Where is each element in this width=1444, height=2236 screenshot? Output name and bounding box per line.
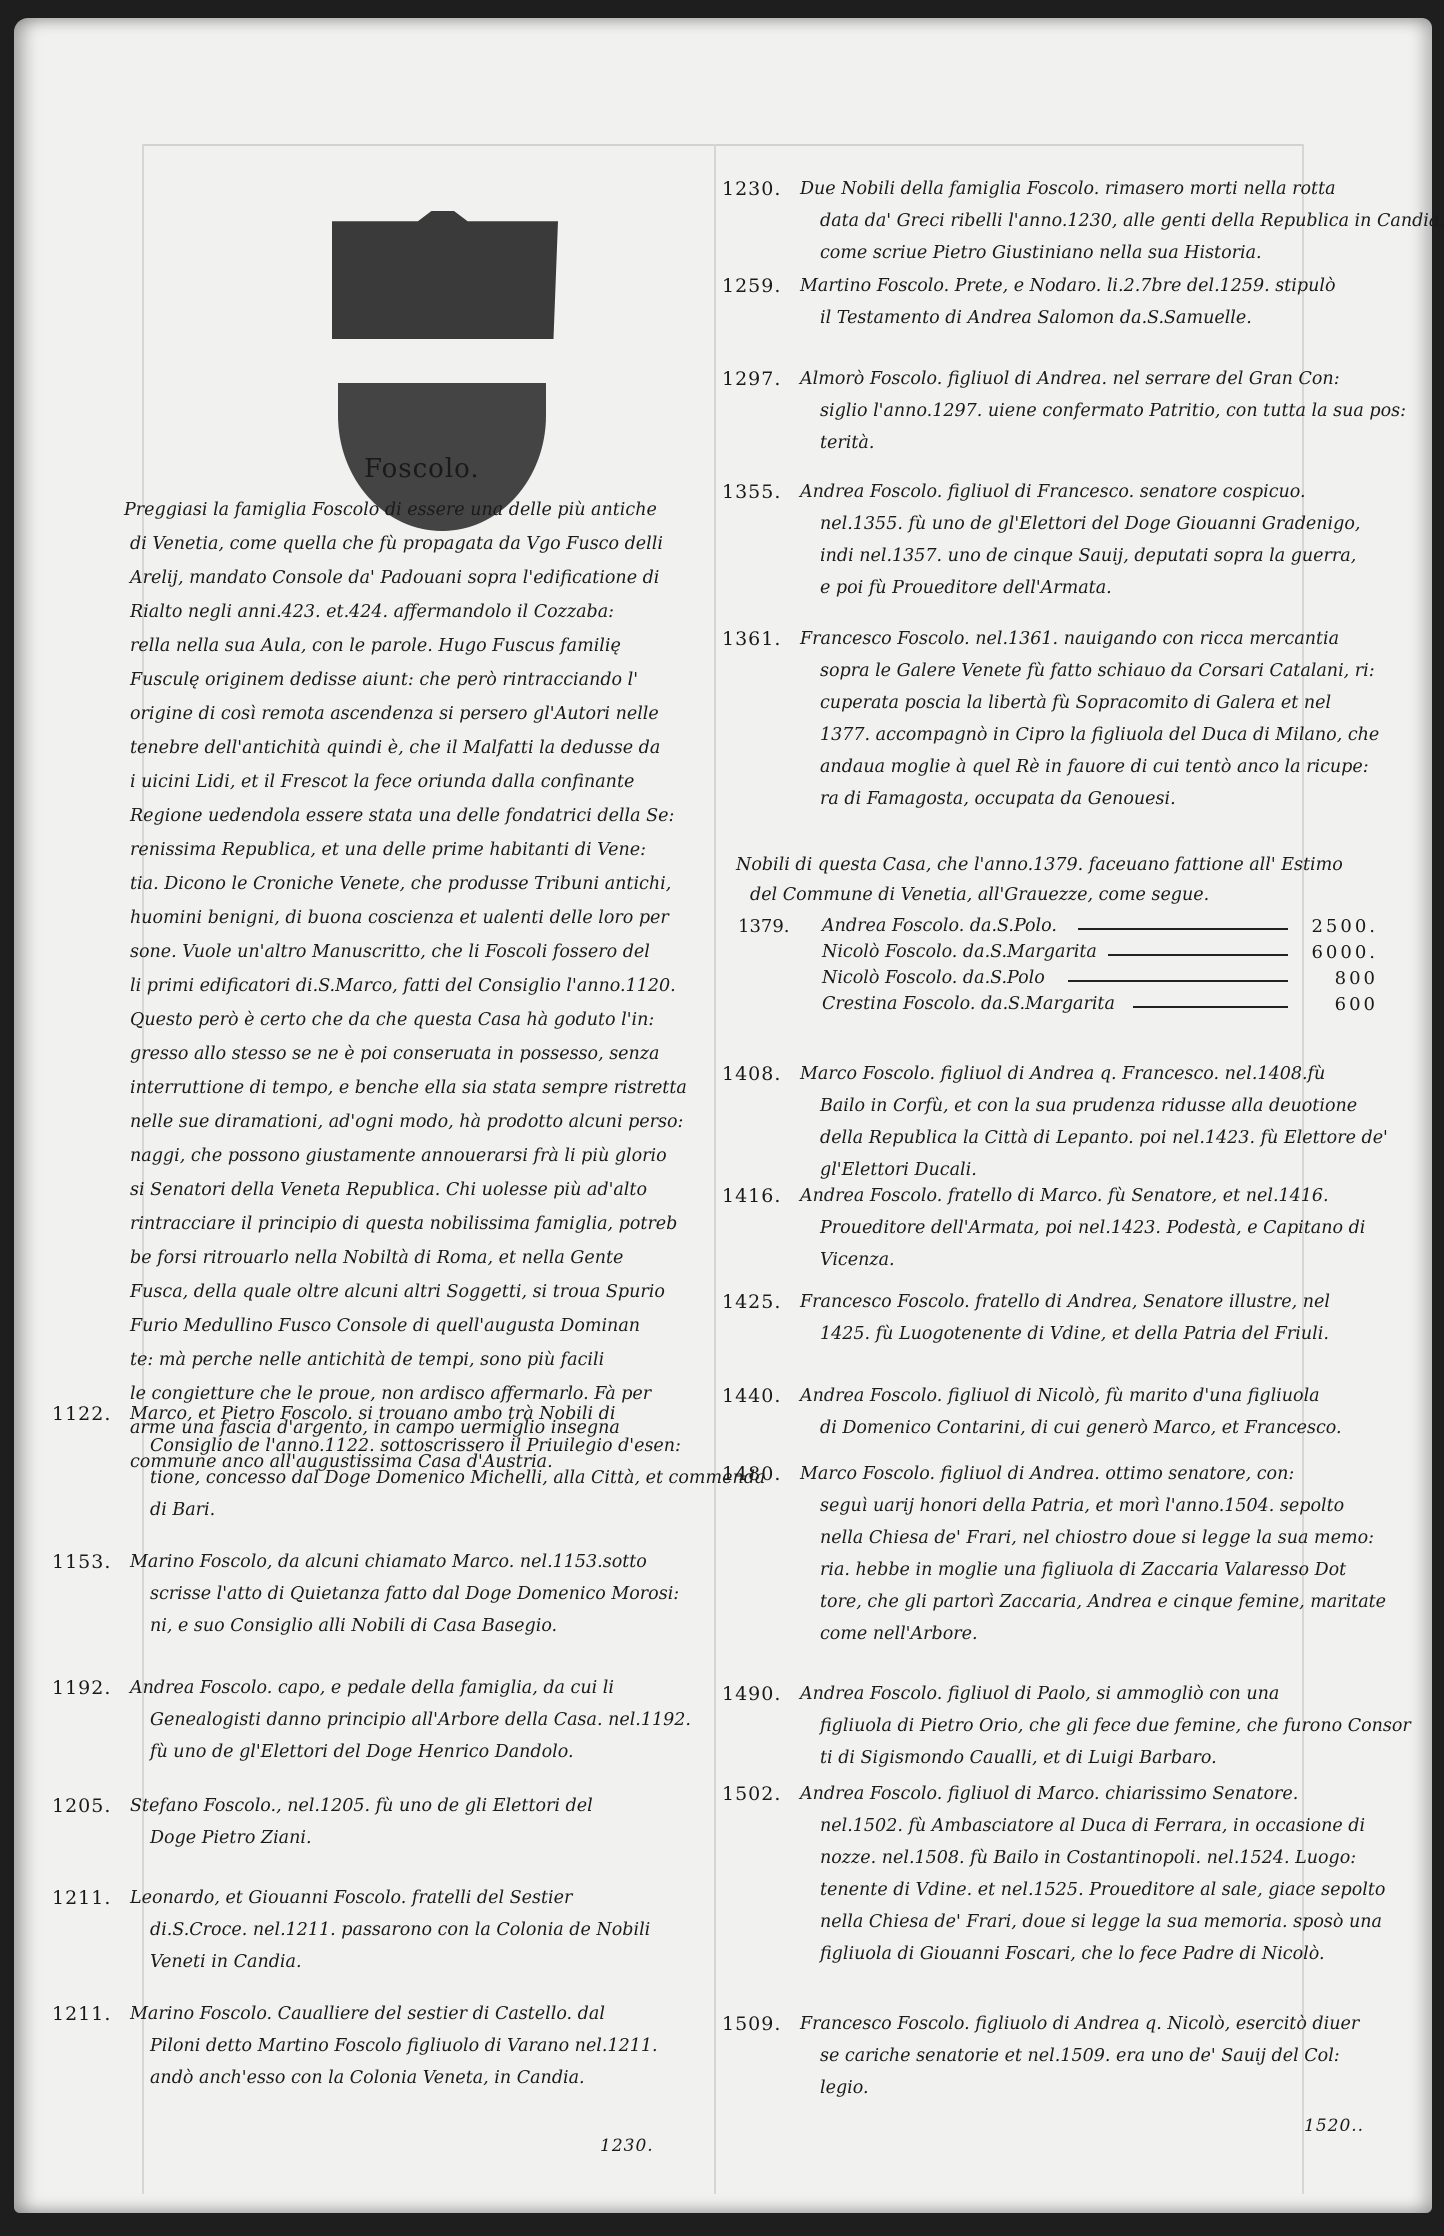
estimo-heading: Nobili di questa Casa, che l'anno.1379. … bbox=[736, 850, 1343, 910]
entry-line: nel.1502. fù Ambasciatore al Duca di Fer… bbox=[820, 1810, 1385, 1842]
estimo-row: 1379.Andrea Foscolo. da.S.Polo.2500. bbox=[738, 916, 1378, 942]
entry-line: Andrea Foscolo. figliuol di Francesco. s… bbox=[800, 476, 1360, 508]
entry-line: Francesco Foscolo. fratello di Andrea, S… bbox=[800, 1286, 1330, 1318]
entry-line: e poi fù Proueditore dell'Armata. bbox=[820, 572, 1360, 604]
intro-line: li primi edificatori di.S.Marco, fatti d… bbox=[130, 969, 687, 1003]
entry-line: 1377. accompagnò in Cipro la figliuola d… bbox=[820, 719, 1379, 751]
entry-line: Andrea Foscolo. figliuol di Marco. chiar… bbox=[800, 1778, 1385, 1810]
entry-line: Proueditore dell'Armata, poi nel.1423. P… bbox=[820, 1212, 1365, 1244]
entry-line: Marco Foscolo. figliuol di Andrea. ottim… bbox=[800, 1458, 1386, 1490]
entry-year: 1153. bbox=[52, 1546, 111, 1578]
estimo-heading-line: del Commune di Venetia, all'Grauezze, co… bbox=[750, 880, 1343, 910]
left-catchword: 1230. bbox=[600, 2136, 654, 2156]
intro-line: si Senatori della Veneta Republica. Chi … bbox=[130, 1173, 687, 1207]
entry-line: Bailo in Corfù, et con la sua prudenza r… bbox=[820, 1090, 1388, 1122]
entry-year: 1259. bbox=[722, 270, 781, 302]
intro-line: Preggiasi la famiglia Foscolo di essere … bbox=[124, 493, 687, 527]
entry-line: Vicenza. bbox=[820, 1244, 1365, 1276]
entry-line: ra di Famagosta, occupata da Genouesi. bbox=[820, 783, 1379, 815]
entry-line: andaua moglie à quel Rè in fauore di cui… bbox=[820, 751, 1379, 783]
entry-line: ria. hebbe in moglie una figliuola di Za… bbox=[820, 1554, 1386, 1586]
estimo-name: Nicolò Foscolo. da.S.Margarita bbox=[822, 942, 1097, 962]
estimo-amount: 600 bbox=[1298, 994, 1378, 1015]
entry-line: figliuola di Giouanni Foscari, che lo fe… bbox=[820, 1938, 1385, 1970]
entry-line: scrisse l'atto di Quietanza fatto dal Do… bbox=[150, 1578, 679, 1610]
entry-line: nella Chiesa de' Frari, nel chiostro dou… bbox=[820, 1522, 1386, 1554]
ruled-top-line bbox=[142, 144, 1302, 146]
entry-year: 1425. bbox=[722, 1286, 781, 1318]
entry-line: di Bari. bbox=[150, 1494, 765, 1526]
family-title: Foscolo. bbox=[364, 454, 480, 484]
manuscript-page: Foscolo. Preggiasi la famiglia Foscolo d… bbox=[14, 18, 1432, 2213]
estimo-row: Nicolò Foscolo. da.S.Margarita6000. bbox=[738, 942, 1378, 968]
estimo-year: 1379. bbox=[738, 916, 790, 937]
entry-line: tore, che gli partorì Zaccaria, Andrea e… bbox=[820, 1586, 1386, 1618]
right-catchword: 1520.. bbox=[1304, 2116, 1364, 2136]
intro-line: renissima Republica, et una delle prime … bbox=[130, 833, 687, 867]
entry-year: 1509. bbox=[722, 2008, 781, 2040]
estimo-leader-line bbox=[1068, 980, 1288, 982]
estimo-name: Nicolò Foscolo. da.S.Polo bbox=[822, 968, 1045, 988]
entry-line: Andrea Foscolo. capo, e pedale della fam… bbox=[130, 1672, 691, 1704]
entry-line: come nell'Arbore. bbox=[820, 1618, 1386, 1650]
intro-line: gresso allo stesso se ne è poi conseruat… bbox=[130, 1037, 687, 1071]
estimo-name: Andrea Foscolo. da.S.Polo. bbox=[822, 916, 1057, 936]
intro-line: naggi, che possono giustamente annouerar… bbox=[130, 1139, 687, 1173]
estimo-amount: 2500. bbox=[1298, 916, 1378, 937]
entry-line: nella Chiesa de' Frari, doue si legge la… bbox=[820, 1906, 1385, 1938]
entry-line: sopra le Galere Venete fù fatto schiauo … bbox=[820, 655, 1379, 687]
entry-line: di Domenico Contarini, di cui generò Mar… bbox=[820, 1412, 1342, 1444]
entry-year: 1416. bbox=[722, 1180, 781, 1212]
entry-line: Piloni detto Martino Foscolo figliuolo d… bbox=[150, 2030, 658, 2062]
entry-line: siglio l'anno.1297. uiene confermato Pat… bbox=[820, 395, 1406, 427]
entry-line: ti di Sigismondo Caualli, et di Luigi Ba… bbox=[820, 1742, 1411, 1774]
intro-line: tenebre dell'antichità quindi è, che il … bbox=[130, 731, 687, 765]
entry-year: 1408. bbox=[722, 1058, 781, 1090]
entry-line: Doge Pietro Ziani. bbox=[150, 1822, 593, 1854]
intro-line: be forsi ritrouarlo nella Nobiltà di Rom… bbox=[130, 1241, 687, 1275]
entry-year: 1440. bbox=[722, 1380, 781, 1412]
estimo-table: 1379.Andrea Foscolo. da.S.Polo.2500.Nico… bbox=[738, 916, 1378, 1020]
intro-line: Furio Medullino Fusco Console di quell'a… bbox=[130, 1309, 687, 1343]
entry-year: 1122. bbox=[52, 1398, 111, 1430]
entry-line: Genealogisti danno principio all'Arbore … bbox=[150, 1704, 691, 1736]
entry-line: Veneti in Candia. bbox=[150, 1946, 650, 1978]
entry-line: Marco Foscolo. figliuol di Andrea q. Fra… bbox=[800, 1058, 1388, 1090]
entry-line: Andrea Foscolo. fratello di Marco. fù Se… bbox=[800, 1180, 1365, 1212]
estimo-name: Crestina Foscolo. da.S.Margarita bbox=[822, 994, 1115, 1014]
entry-line: il Testamento di Andrea Salomon da.S.Sam… bbox=[820, 302, 1336, 334]
intro-line: Fusculę originem dedisse aiunt: che però… bbox=[130, 663, 687, 697]
entry-line: cuperata poscia la libertà fù Sopracomit… bbox=[820, 687, 1379, 719]
scan-background-top bbox=[0, 0, 1444, 18]
intro-line: rintracciare il principio di questa nobi… bbox=[130, 1207, 687, 1241]
intro-line: origine di così remota ascendenza si per… bbox=[130, 697, 687, 731]
shield-upper-band bbox=[332, 211, 558, 339]
entry-year: 1192. bbox=[52, 1672, 111, 1704]
estimo-row: Crestina Foscolo. da.S.Margarita600 bbox=[738, 994, 1378, 1020]
entry-line: Andrea Foscolo. figliuol di Paolo, si am… bbox=[800, 1678, 1411, 1710]
entry-line: Marco, et Pietro Foscolo. si trouano amb… bbox=[130, 1398, 765, 1430]
entry-line: di.S.Croce. nel.1211. passarono con la C… bbox=[150, 1914, 650, 1946]
entry-line: tenente di Vdine. et nel.1525. Prouedito… bbox=[820, 1874, 1385, 1906]
entry-year: 1361. bbox=[722, 623, 781, 655]
entry-line: Francesco Foscolo. nel.1361. nauigando c… bbox=[800, 623, 1379, 655]
entry-line: tione, concesso dal Doge Domenico Michel… bbox=[150, 1462, 765, 1494]
intro-line: nelle sue diramationi, ad'ogni modo, hà … bbox=[130, 1105, 687, 1139]
entry-line: 1425. fù Luogotenente di Vdine, et della… bbox=[820, 1318, 1330, 1350]
intro-line: sone. Vuole un'altro Manuscritto, che li… bbox=[130, 935, 687, 969]
entry-line: andò anch'esso con la Colonia Veneta, in… bbox=[150, 2062, 658, 2094]
intro-line: huomini benigni, di buona coscienza et u… bbox=[130, 901, 687, 935]
estimo-row: Nicolò Foscolo. da.S.Polo800 bbox=[738, 968, 1378, 994]
estimo-amount: 800 bbox=[1298, 968, 1378, 989]
entry-line: terità. bbox=[820, 427, 1406, 459]
estimo-leader-line bbox=[1133, 1006, 1288, 1008]
entry-line: nozze. nel.1508. fù Bailo in Costantinop… bbox=[820, 1842, 1385, 1874]
entry-line: Marino Foscolo. Caualliere del sestier d… bbox=[130, 1998, 658, 2030]
intro-line: i uicini Lidi, et il Frescot la fece ori… bbox=[130, 765, 687, 799]
entry-year: 1211. bbox=[52, 1882, 111, 1914]
intro-line: Regione uedendola essere stata una delle… bbox=[130, 799, 687, 833]
entry-line: Leonardo, et Giouanni Foscolo. fratelli … bbox=[130, 1882, 650, 1914]
estimo-heading-line: Nobili di questa Casa, che l'anno.1379. … bbox=[736, 850, 1343, 880]
entry-line: Due Nobili della famiglia Foscolo. rimas… bbox=[800, 173, 1444, 205]
estimo-amount: 6000. bbox=[1298, 942, 1378, 963]
entry-year: 1230. bbox=[722, 173, 781, 205]
entry-line: nel.1355. fù uno de gl'Elettori del Doge… bbox=[820, 508, 1360, 540]
entry-line: Marino Foscolo, da alcuni chiamato Marco… bbox=[130, 1546, 679, 1578]
estimo-leader-line bbox=[1078, 928, 1288, 930]
entry-line: della Republica la Città di Lepanto. poi… bbox=[820, 1122, 1388, 1154]
entry-line: Almorò Foscolo. figliuol di Andrea. nel … bbox=[800, 363, 1406, 395]
intro-line: tia. Dicono le Croniche Venete, che prod… bbox=[130, 867, 687, 901]
entry-line: indi nel.1357. uno de cinque Sauij, depu… bbox=[820, 540, 1360, 572]
entry-line: Martino Foscolo. Prete, e Nodaro. li.2.7… bbox=[800, 270, 1336, 302]
entry-line: legio. bbox=[820, 2072, 1359, 2104]
entry-line: figliuola di Pietro Orio, che gli fece d… bbox=[820, 1710, 1411, 1742]
intro-line: Questo però è certo che da che questa Ca… bbox=[130, 1003, 687, 1037]
entry-year: 1502. bbox=[722, 1778, 781, 1810]
entry-line: Consiglio de l'anno.1122. sottoscrissero… bbox=[150, 1430, 765, 1462]
entry-year: 1211. bbox=[52, 1998, 111, 2030]
entry-line: Francesco Foscolo. figliuolo di Andrea q… bbox=[800, 2008, 1359, 2040]
entry-line: ni, e suo Consiglio alli Nobili di Casa … bbox=[150, 1610, 679, 1642]
intro-paragraph: Preggiasi la famiglia Foscolo di essere … bbox=[124, 493, 687, 1479]
entry-year: 1480. bbox=[722, 1458, 781, 1490]
intro-line: Fusca, della quale oltre alcuni altri So… bbox=[130, 1275, 687, 1309]
intro-line: interruttione di tempo, e benche ella si… bbox=[130, 1071, 687, 1105]
intro-line: te: mà perche nelle antichità de tempi, … bbox=[130, 1343, 687, 1377]
entry-year: 1297. bbox=[722, 363, 781, 395]
entry-line: fù uno de gl'Elettori del Doge Henrico D… bbox=[150, 1736, 691, 1768]
entry-line: come scriue Pietro Giustiniano nella sua… bbox=[820, 237, 1444, 269]
entry-year: 1355. bbox=[722, 476, 781, 508]
entry-line: Stefano Foscolo., nel.1205. fù uno de gl… bbox=[130, 1790, 593, 1822]
estimo-leader-line bbox=[1108, 954, 1288, 956]
entry-line: data da' Greci ribelli l'anno.1230, alle… bbox=[820, 205, 1444, 237]
entry-year: 1205. bbox=[52, 1790, 111, 1822]
entry-line: se cariche senatorie et nel.1509. era un… bbox=[820, 2040, 1359, 2072]
entry-line: seguì uarij honori della Patria, et morì… bbox=[820, 1490, 1386, 1522]
intro-line: Arelij, mandato Console da' Padouani sop… bbox=[130, 561, 687, 595]
center-column-rule bbox=[714, 144, 716, 2194]
entry-line: Andrea Foscolo. figliuol di Nicolò, fù m… bbox=[800, 1380, 1342, 1412]
intro-line: rella nella sua Aula, con le parole. Hug… bbox=[130, 629, 687, 663]
intro-line: di Venetia, come quella che fù propagata… bbox=[130, 527, 687, 561]
entry-year: 1490. bbox=[722, 1678, 781, 1710]
intro-line: Rialto negli anni.423. et.424. affermand… bbox=[130, 595, 687, 629]
